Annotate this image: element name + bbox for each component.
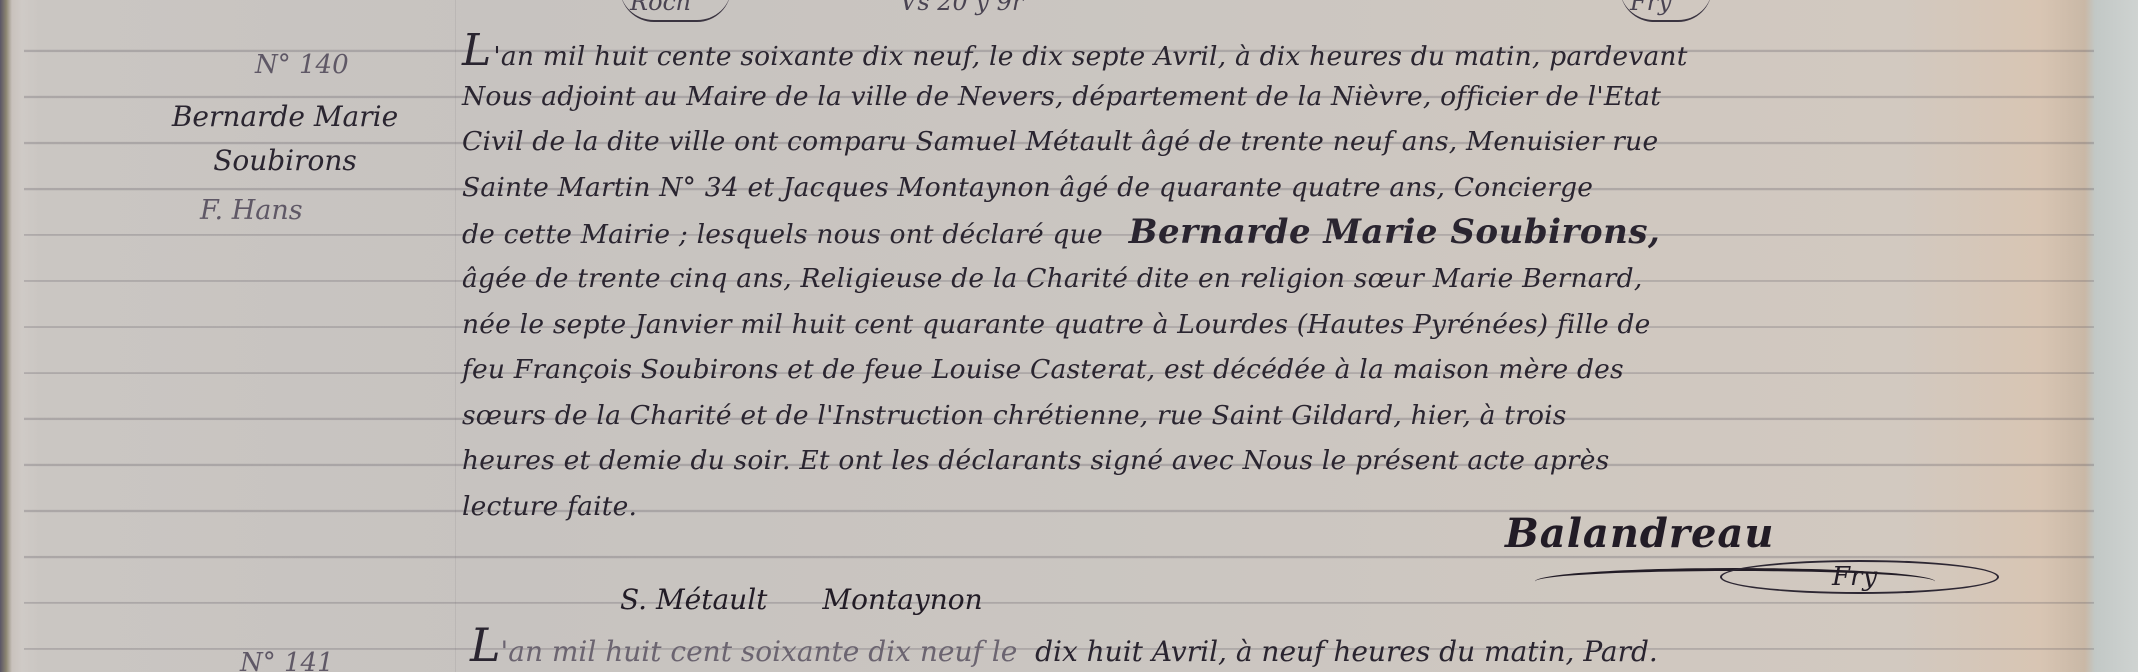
top-note-paraph: Fry	[1620, 0, 1712, 22]
deceased-name-line2: Soubirons	[135, 139, 435, 183]
declarant-2-signature: Montaynon	[822, 583, 982, 616]
act-line-1: L'an mil huit cente soixante dix neuf, l…	[462, 28, 2002, 74]
act-line-4: Sainte Martin N° 34 et Jacques Montaynon…	[462, 165, 2002, 211]
top-note-middle: Vs 20 y 9r	[900, 0, 1023, 16]
top-annotations: Roch Vs 20 y 9r Fry	[0, 0, 2138, 28]
paraph-signature: Fry	[1720, 560, 1999, 594]
act-line-5: de cette Mairie ; lesquels nous ont décl…	[462, 210, 2002, 256]
margin-deceased-name: Bernarde Marie Soubirons	[135, 95, 435, 183]
marginal-note: F. Hans	[200, 195, 303, 226]
margin-divider	[455, 0, 456, 672]
act-line-8: feu François Soubirons et de feue Louise…	[462, 347, 2002, 393]
act-line-7: née le septe Janvier mil huit cent quara…	[462, 302, 2002, 348]
act-line-9: sœurs de la Charité et de l'Instruction …	[462, 393, 2002, 439]
deceased-name-line1: Bernarde Marie	[135, 95, 435, 139]
next-act-start: L'an mil huit cent soixante dix neuf le …	[470, 618, 2070, 672]
declarant-1-signature: S. Métault	[620, 583, 767, 616]
act-line-6: âgée de trente cinq ans, Religieuse de l…	[462, 256, 2002, 302]
next-act-number: N° 141	[240, 648, 334, 672]
act-body: L'an mil huit cente soixante dix neuf, l…	[462, 28, 2002, 530]
declarant-signatures: S. MétaultMontaynon	[620, 583, 983, 616]
deceased-name-emphasis: Bernarde Marie Soubirons,	[1129, 212, 1661, 252]
act-line-2: Nous adjoint au Maire de la ville de Nev…	[462, 74, 2002, 120]
act-number: N° 140	[255, 50, 349, 80]
act-line-10: heures et demie du soir. Et ont les décl…	[462, 438, 2002, 484]
drop-cap: L	[462, 25, 491, 76]
register-page: Roch Vs 20 y 9r Fry N° 140 Bernarde Mari…	[0, 0, 2138, 672]
top-note-left: Roch	[620, 0, 731, 22]
act-line-3: Civil de la dite ville ont comparu Samue…	[462, 119, 2002, 165]
mayor-signature: Balandreau	[1505, 510, 1774, 557]
